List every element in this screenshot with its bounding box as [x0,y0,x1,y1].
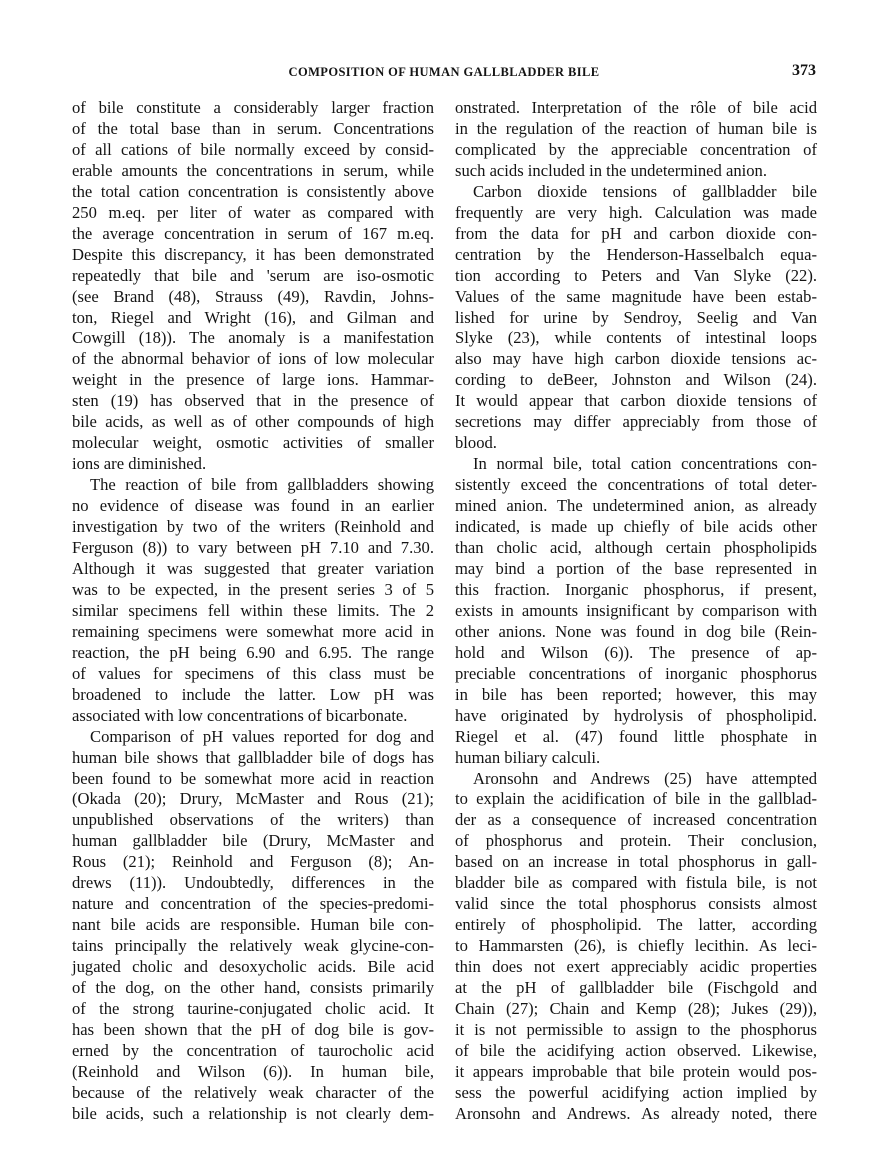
text-line: remaining specimens were somewhat more a… [72,622,434,643]
text-line: similar specimens fell within these limi… [72,601,434,622]
text-line: secretions may differ appreciably from t… [455,412,817,433]
text-line: (see Brand (48), Strauss (49), Ravdin, J… [72,287,434,308]
text-line: preciable concentrations of inorganic ph… [455,664,817,685]
text-line: repeatedly that bile and 'serum are iso-… [72,266,434,287]
running-head: Composition of Human Gallbladder Bile 37… [72,62,816,84]
text-line: to Hammarsten (26), is chiefly lecithin.… [455,936,817,957]
text-line: of phosphorus and protein. Their conclus… [455,831,817,852]
text-line: of all cations of bile normally exceed b… [72,140,434,161]
text-line: sten (19) has observed that in the prese… [72,391,434,412]
text-line: Although it was suggested that greater v… [72,559,434,580]
text-line: at the pH of gallbladder bile (Fischgold… [455,978,817,999]
text-line: erned by the concentration of taurocholi… [72,1041,434,1062]
text-line: reaction, the pH being 6.90 and 6.95. Th… [72,643,434,664]
text-line: Chain (27); Chain and Kemp (28); Jukes (… [455,999,817,1020]
text-line: it is not permissible to assign to the p… [455,1020,817,1041]
text-line: drews (11)). Undoubtedly, differences in… [72,873,434,894]
text-line: sistently exceed the concentrations of t… [455,475,817,496]
text-line: (Reinhold and Wilson (6)). In human bile… [72,1062,434,1083]
text-line: based on an increase in total phosphorus… [455,852,817,873]
text-line: weight in the presence of large ions. Ha… [72,370,434,391]
text-line: of the strong taurine-conjugated cholic … [72,999,434,1020]
text-line: other anions. None was found in dog bile… [455,622,817,643]
text-line: Carbon dioxide tensions of gallbladder b… [455,182,817,203]
text-line: the total cation concentration is consis… [72,182,434,203]
text-line: Rous (21); Reinhold and Ferguson (8); An… [72,852,434,873]
text-line: the average concentration in serum of 16… [72,224,434,245]
text-line: human biliary calculi. [455,748,817,769]
text-line: exists in amounts insignificant by compa… [455,601,817,622]
text-line: Aronsohn and Andrews. As already noted, … [455,1104,817,1125]
page-number: 373 [792,62,816,80]
text-line: erable amounts the concentrations in ser… [72,161,434,182]
text-line: hold and Wilson (6)). The presence of ap… [455,643,817,664]
text-line: jugated cholic and desoxycholic acids. B… [72,957,434,978]
right-column: onstrated. Interpretation of the rôle of… [455,98,817,1125]
text-line: sess the powerful acidifying action impl… [455,1083,817,1104]
text-line: of the total base than in serum. Concent… [72,119,434,140]
text-line: valid since the total phosphorus consist… [455,894,817,915]
text-line: tains principally the relatively weak gl… [72,936,434,957]
text-line: Cowgill (18)). The anomaly is a manifest… [72,328,434,349]
text-line: of values for specimens of this class mu… [72,664,434,685]
text-line: mined anion. The undetermined anion, as … [455,496,817,517]
text-line: onstrated. Interpretation of the rôle of… [455,98,817,119]
text-line: tion according to Peters and Van Slyke (… [455,266,817,287]
text-line: Aronsohn and Andrews (25) have attempted [455,769,817,790]
left-column: of bile constitute a considerably larger… [72,98,434,1125]
text-line: der as a consequence of increased concen… [455,810,817,831]
text-line: ton, Riegel and Wright (16), and Gilman … [72,308,434,329]
text-line: entirely of phospholipid. The latter, ac… [455,915,817,936]
text-line: 250 m.eq. per liter of water as compared… [72,203,434,224]
text-line: in bile has been reported; however, this… [455,685,817,706]
text-line: investigation by two of the writers (Rei… [72,517,434,538]
text-line: complicated by the appreciable concentra… [455,140,817,161]
text-line: Riegel et al. (47) found little phosphat… [455,727,817,748]
text-line: been found to be somewhat more acid in r… [72,769,434,790]
text-line: nant bile acids are responsible. Human b… [72,915,434,936]
text-line: Slyke (23), while contents of intestinal… [455,328,817,349]
text-line: lished for urine by Sendroy, Seelig and … [455,308,817,329]
text-line: frequently are very high. Calculation wa… [455,203,817,224]
text-line: of the abnormal behavior of ions of low … [72,349,434,370]
text-line: from the data for pH and carbon dioxide … [455,224,817,245]
text-line: It would appear that carbon dioxide tens… [455,391,817,412]
text-line: such acids included in the undetermined … [455,161,817,182]
text-line: In normal bile, total cation concentrati… [455,454,817,475]
text-line: Values of the same magnitude have been e… [455,287,817,308]
text-line: may bind a portion of the base represent… [455,559,817,580]
text-line: bile acids, such a relationship is not c… [72,1104,434,1125]
text-line: it appears improbable that bile protein … [455,1062,817,1083]
text-line: because of the relatively weak character… [72,1083,434,1104]
text-line: broadened to include the latter. Low pH … [72,685,434,706]
text-line: of bile the acidifying action observed. … [455,1041,817,1062]
text-line: thin does not exert appreciably acidic p… [455,957,817,978]
journal-page: Composition of Human Gallbladder Bile 37… [0,0,890,1176]
text-line: human bile shows that gallbladder bile o… [72,748,434,769]
text-line: molecular weight, osmotic activities of … [72,433,434,454]
text-line: centration by the Henderson-Hasselbalch … [455,245,817,266]
text-line: bile acids, as well as of other compound… [72,412,434,433]
text-line: Ferguson (8)) to vary between pH 7.10 an… [72,538,434,559]
text-line: has been shown that the pH of dog bile i… [72,1020,434,1041]
text-line: unpublished observations of the writers)… [72,810,434,831]
text-line: ions are diminished. [72,454,434,475]
text-line: Despite this discrepancy, it has been de… [72,245,434,266]
text-line: of the dog, on the other hand, consists … [72,978,434,999]
text-line: than cholic acid, although certain phosp… [455,538,817,559]
text-line: was to be expected, in the present serie… [72,580,434,601]
text-line: The reaction of bile from gallbladders s… [72,475,434,496]
text-line: to explain the acidification of bile in … [455,789,817,810]
text-line: this fraction. Inorganic phosphorus, if … [455,580,817,601]
text-line: nature and concentration of the species-… [72,894,434,915]
text-line: in the regulation of the reaction of hum… [455,119,817,140]
text-line: no evidence of disease was found in an e… [72,496,434,517]
text-line: (Okada (20); Drury, McMaster and Rous (2… [72,789,434,810]
running-title: Composition of Human Gallbladder Bile [72,65,816,80]
text-line: Comparison of pH values reported for dog… [72,727,434,748]
text-line: of bile constitute a considerably larger… [72,98,434,119]
text-line: blood. [455,433,817,454]
text-line: have originated by hydrolysis of phospho… [455,706,817,727]
text-line: also may have high carbon dioxide tensio… [455,349,817,370]
text-line: cording to deBeer, Johnston and Wilson (… [455,370,817,391]
text-line: associated with low concentrations of bi… [72,706,434,727]
text-line: human gallbladder bile (Drury, McMaster … [72,831,434,852]
text-line: bladder bile as compared with fistula bi… [455,873,817,894]
text-line: indicated, is made up chiefly of bile ac… [455,517,817,538]
